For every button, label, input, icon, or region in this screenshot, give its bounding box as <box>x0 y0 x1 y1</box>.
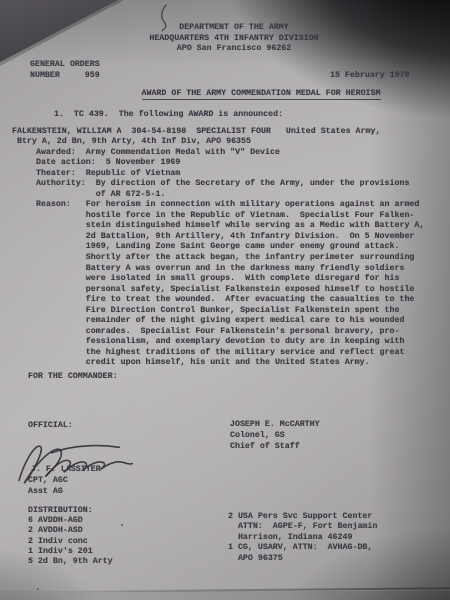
order-date: 15 February 1970 <box>330 71 410 82</box>
chief-of-staff-name: JOSEPH E. McCARTHY <box>230 420 320 431</box>
fold-shadow <box>0 591 450 600</box>
distribution-right-list: 2 USA Pers Svc Support Center ATTN: AGPE… <box>228 512 377 565</box>
document-photo: DEPARTMENT OF THE ARMY HEADQUARTERS 4TH … <box>0 0 450 600</box>
general-orders-block: GENERAL ORDERS NUMBER 959 <box>30 60 100 81</box>
distribution-left-list: DISTRIBUTION: 6 AVDDH-AGD 2 AVDDH-ASD 2 … <box>28 506 113 568</box>
for-the-commander-line: FOR THE COMMANDER: <box>28 372 118 383</box>
document-title-text: AWARD OF THE ARMY COMMENDATION MEDAL FOR… <box>142 89 381 100</box>
paper-speck <box>121 524 123 526</box>
letterhead: DEPARTMENT OF THE ARMY HEADQUARTERS 4TH … <box>0 23 450 55</box>
recipient-block: FALKENSTEIN, WILLIAM A 304-54-8198 SPECI… <box>12 127 380 148</box>
official-signer-name: J. F. LASSITER <box>31 465 101 476</box>
official-signer-role: Asst AG <box>28 487 63 498</box>
official-label: OFFICIAL: <box>28 421 73 432</box>
document-title: AWARD OF THE ARMY COMMENDATION MEDAL FOR… <box>0 89 450 100</box>
paper-speck <box>37 588 39 590</box>
chief-of-staff-rank: Colonel, GS <box>230 431 285 442</box>
chief-of-staff-role: Chief of Staff <box>230 442 300 453</box>
official-signer-rank: CPT, AGC <box>28 476 68 487</box>
citation-body: Awarded: Army Commendation Medal with "V… <box>36 148 424 369</box>
announcement-line: 1. TC 439. The following AWARD is announ… <box>54 110 283 121</box>
